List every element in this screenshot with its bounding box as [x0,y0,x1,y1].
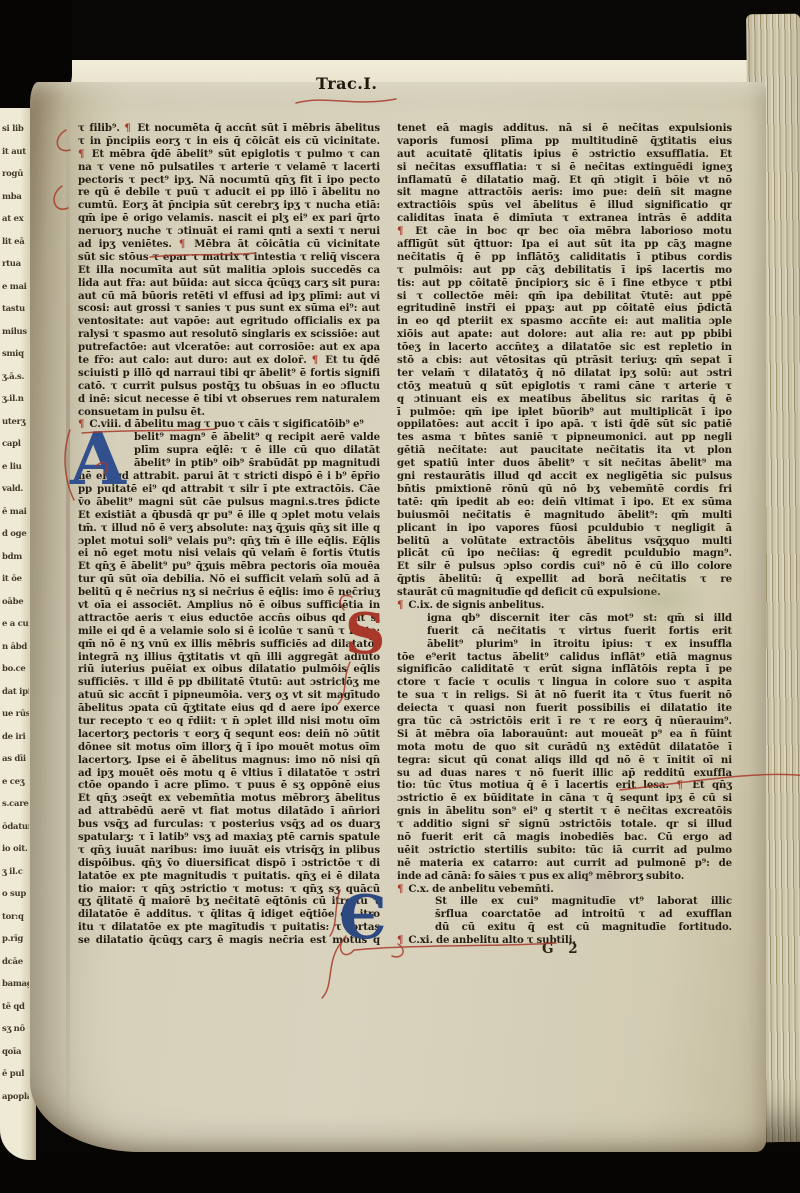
text-line: vaporis fumosi plīma pp multitudinē q̄ʒt… [397,135,732,148]
text-line: ad ipʒ veniētes. ¶ Mēbra āt cōicātia cū … [78,238,380,251]
text-line: in eo qd pteriit ex spasmo accn̄te ei: a… [397,315,732,328]
text-line: dū cū exitu q̄ est cū magnitudīe fortitu… [397,921,732,934]
text-line: dispōibus. qn̄ʒ v̄o diuersificat̄ dispō … [78,857,380,870]
text-line: te sua τ in religs. Si āt nō fuerit ita … [397,689,732,702]
text-line: Si āt mēbra oīa laborauūnt: aut moueāt̄ … [397,728,732,741]
text-line: qm̄ ipe ē origo velamis. nascit̄ ei plʒ … [78,212,380,225]
text-line: su ad duas nares τ nō fuerit illic ap̄ r… [397,767,732,780]
text-line: attractōe aeris τ eius eductōe accn̄s oi… [78,612,380,625]
text-line: tatē: qm̄ ipedit̄ ab eo: dein̄ vltimat̄ … [397,496,732,509]
text-line: egritudinē instr̄i ei ppaʒ: aut pp cōita… [397,302,732,315]
text-line: tenet eā magis additus. nā si ē nec̄itas… [397,122,732,135]
book-photo: si libit autrogūmbaat exlit eārtuae mait… [0,0,800,1193]
text-line: mile ei qd ē a velamie solo si ē icolūe … [78,625,380,638]
pilcrow-mark: ¶ [397,934,405,946]
text-line: bn̄tis pmixtionē rōnū qū nō bʒ vebemn̄tē… [397,483,732,496]
facing-page-text-fragment: ʒ.ā.s. [2,366,29,389]
text-line: inflamatū ē dilatatio maḡ. Et qn̄ ɔtigit… [397,174,732,187]
text-line: tio: tūc v̄tus motiua q̄ ē ī lacertis er… [397,779,732,792]
facing-page-text-fragment: mba [2,186,29,209]
text-line: xiōis aut apate: aut dolore: aut alia re… [397,328,732,341]
text-line: lida aut fr̄a: aut būida: aut sicca q̄cū… [78,277,380,290]
text-line: latatōe ex pte magnitudis τ puitatis. qn… [78,870,380,883]
facing-page-text-fragment: ʒ il.c [2,861,29,884]
text-line: na τ vene nō pulsatiles τ arterie τ vela… [78,161,380,174]
text-line: ctōe opando ī acre plīmo. τ puus ē sʒ op… [78,779,380,792]
text-line: spatularʒ: τ ī latib⁹ vsʒ ad maxiaʒ ptē … [78,831,380,844]
text-line: significāo caliditatē τ erūt signa inflā… [397,663,732,676]
text-line: nec̄itatis q̄ ē pp inflātōʒ caliditatis … [397,251,732,264]
text-line: gnis in ābelitu son⁹ ei⁹ q stertit τ ē n… [397,805,732,818]
text-line: Et existiāt a q̄busdā qr pu⁹ ē ille q ɔp… [78,509,380,522]
text-line: re qū ē debile τ puū τ aducit ei pp illō… [78,186,380,199]
pilcrow-mark: ¶ [397,883,405,895]
text-line: sciuisti p illō qd narraui tibi qr ābeli… [78,367,380,380]
facing-page-text-fragment: sʒ nō [2,1018,29,1041]
facing-page-text-fragment: si lib [2,118,29,141]
facing-page-text-fragment: n ābd [2,636,29,659]
pilcrow-mark: ¶ [397,225,405,237]
facing-page-text-fragment: io oit. [2,838,29,861]
text-line: ralysi τ spasmo aut resolutō singlaris e… [78,328,380,341]
text-line: ad ipʒ mouēt̄ oēs motu q ē vltius ī dila… [78,767,380,780]
text-line: ¶ Et mēbra q̄dē ābelit⁹ sūt epiglotis τ … [78,148,380,161]
pilcrow-mark: ¶ [179,238,187,250]
facing-page-text-fragment: ē pul [2,1063,29,1086]
facing-page-text-fragment: lit eā [2,231,29,254]
text-line: neruorʒ nuche τ ɔtinuāt̄ ei rami qnti a … [78,225,380,238]
pilcrow-mark: ¶ [676,779,684,791]
facing-page-text-fragment: o sup [2,883,29,906]
text-line: buiusmōi nec̄itatis ē magnitudo ābelit⁹:… [397,509,732,522]
facing-page-text-fragment: smiq [2,343,29,366]
facing-page-text-fragment: tē qd [2,996,29,1019]
text-line: pectoris τ pect⁹ ipʒ. Nā nocumtū qn̄ʒ fi… [78,174,380,187]
text-line: τ pulmōis: aut pp cāʒ debilitatis ī ips̄… [397,264,732,277]
facing-page-text-fragment: oābe [2,591,29,614]
pilcrow-mark: ¶ [78,148,86,160]
text-line: tōe e⁹erit tactus ābelit⁹ calidus inflāt… [397,651,732,664]
text-line: itu τ dilatatōe ex pte magītudis τ puita… [78,921,380,934]
facing-page-text-fragment: ē mai [2,501,29,524]
text-line: s̄rflua coarctatōe ad introitū τ ad exuf… [397,908,732,921]
text-line: ventositate: aut vapōe: aut egritudo off… [78,315,380,328]
facing-page-text-fragment: rogū [2,163,29,186]
text-line: belitū a volūtate extractōis ābelitus vs… [397,535,732,548]
text-line: tōeʒ in lacerto accn̄teʒ a dilatatōe sic… [397,341,732,354]
text-line: caliditas īnata ē dimīuta τ extranea int… [397,212,732,225]
text-line: lacertorʒ. Ipse ei ē ābelitus magnus: im… [78,754,380,767]
facing-page-text-fragment: as dīi [2,748,29,771]
text-line: get̄ spatiū inter duos ābelit⁹ τ sit nec… [397,457,732,470]
text-line: Et silr ē pulsus ɔplso cordis cui⁹ nō ē … [397,560,732,573]
text-line: tis: aut pp cōitatē p̄ncipiorʒ sic ē ī f… [397,277,732,290]
facing-page-text-fragment: dcāe [2,951,29,974]
text-line: bus vsq̄ʒ ad furculas: τ posterius vsq̄ʒ… [78,818,380,831]
text-line: ctōʒ meatuū q sūt epiglotis τ rami cāne … [397,380,732,393]
text-line: lacertorʒ pectoris τ eorʒ q̄ sequnt̄ eos… [78,728,380,741]
text-line: qʒ q̄litatē q̄ maiorē bʒ nec̄itatē eq̄tō… [78,895,380,908]
text-line: Et qn̄ʒ ē ābelit⁹ pu⁹ q̄ʒuis mēbra pecto… [78,560,380,573]
text-line: τ qn̄ʒ iuuāt̄ naribus: imo iuuāt̄ eis vt… [78,844,380,857]
text-line: ī pulmōe: qm̄ ipe iplet̄ būorib⁹ aut mul… [397,406,732,419]
facing-page-text-fragment: tastu [2,298,29,321]
text-line: ad attrabēdū aerē vt fiat motus dilatādo… [78,805,380,818]
facing-page-text-fragment: e mai [2,276,29,299]
illuminated-initial-A: A [70,425,126,493]
text-line: integrā nʒ illius q̄ʒtitatis vt qn̄ illi… [78,651,380,664]
text-line: Et qn̄ʒ ɔseq̄t̄ ex vebemn̄tia motus mēbr… [78,792,380,805]
pilcrow-mark: ¶ [312,354,320,366]
facing-page-text-fragment: qoīa [2,1041,29,1064]
text-line: uēit ɔstrictio stertilis subito: tūc iā … [397,844,732,857]
text-line: τ additio signi sr̄ signū ɔstrictōis tot… [397,818,732,831]
text-column-right: S Є tenet eā magis additus. nā si ē nec̄… [397,122,732,947]
text-line: igna qb⁹ discernit̄ iter cās mot⁹ st: qm… [397,612,732,625]
facing-page-text-fragment: dat ipi [2,681,29,704]
text-line: te fr̄o: aut calo: aut duro: aut ex dolo… [78,354,380,367]
chapter-rubric: ¶ C.x. de anbelitu vebemn̄ti. [397,883,732,896]
text-line: nō fuerit erit cā magis inobediēs bac. C… [397,831,732,844]
text-line: ei nō eget motu nisi velais qū velam̄ ē … [78,547,380,560]
text-line: ter velam̄ τ dilatatōʒ q̄ nō dilatat ipʒ… [397,367,732,380]
text-column-left: A τ filib⁹. ¶ Et nocumēta q̄ accn̄t sūt … [78,122,380,947]
text-line: d inē: sicut necesse ē tibi vt obserues … [78,393,380,406]
text-line: stō a cbis: aut vētositas qū ptrāsit ter… [397,354,732,367]
text-line: se dilatatio q̄cūqʒ carʒ ē magis nec̄ria… [78,934,380,947]
quire-signature: G 2 [542,941,578,957]
text-line: ābelitus ɔpata cū q̄ʒtitate eius qd d ae… [78,702,380,715]
facing-page-text-fragment: uterʒ [2,411,29,434]
facing-page-text-fragment: bamag [2,973,29,996]
facing-page-text-fragment: rtua [2,253,29,276]
facing-page-text-edge: si libit autrogūmbaat exlit eārtuae mait… [2,118,32,1118]
text-line: tur qū sūt oīa debilia. Nō ei sufficit v… [78,573,380,586]
text-line: mota motu de quo sit curādū nʒ extēdūt̄ … [397,741,732,754]
text-line: tes asma τ bn̄tes saniē τ pipneumonici. … [397,431,732,444]
text-line: riū iuterius puēiat ex oibus dilatatio p… [78,663,380,676]
pilcrow-mark: ¶ [124,122,132,134]
text-line: dōnee sit motus oīm illorʒ q̄ ī ipo mouē… [78,741,380,754]
facing-page-text-fragment: capl [2,433,29,456]
text-line: nē materia ex catarro: aut currit ad pul… [397,857,732,870]
text-line: extractiōis spūs vel ābelitus ē illud si… [397,199,732,212]
facing-page-text-fragment: ʒ.il.n [2,388,29,411]
facing-page-text-fragment: e ceʒ [2,771,29,794]
running-title: Trac.I. [316,74,377,93]
facing-page-text-fragment: milus [2,321,29,344]
text-line: ctore τ facie τ oculis τ lingua in color… [397,676,732,689]
text-line: Et illa nocumīta aut sūt malitia ɔplois … [78,264,380,277]
text-line: putrefactōe: aut vlceratōe: aut corrosiō… [78,341,380,354]
facing-page-text-fragment: it aut [2,141,29,164]
facing-page-text-fragment: tor:q [2,906,29,929]
chapter-rubric: ¶ C.ix. de signis anbelitus. [397,599,732,612]
text-line: St ille ex cui⁹ magnitudīe vt⁹ laborat i… [397,895,732,908]
text-line: τ filib⁹. ¶ Et nocumēta q̄ accn̄t sūt ī … [78,122,380,135]
text-line: tur recepto τ eo q r̄diit: τ n̄ ɔplet̄ i… [78,715,380,728]
text-line: si τ collectōe mēi: qm̄ ipa debilitat v̄… [397,290,732,303]
facing-page-text-fragment: ōdatur [2,816,29,839]
text-line: staurāt̄ cū magnitudīe qd deficit cū exp… [397,586,732,599]
gutter-crease [66,92,70,1144]
text-line: ɔplet motui soli⁹ velais pu⁹: qn̄ʒ tm̄ ē… [78,535,380,548]
text-line: vt oīa ei associēt̄. Amplius nō ē oibus … [78,599,380,612]
text-line: sūt sic stōus τ epar τ matrix τ intestia… [78,251,380,264]
text-line: ¶ Et cāe in boc qr bec oīa mēbra laborio… [397,225,732,238]
text-line: aut acuitatē q̄litatis ipius ē ɔstrictio… [397,148,732,161]
text-line: oppilatōes: aut accit ī ipo apā. τ isti … [397,418,732,431]
text-line: deiecta τ quasi non fuerit possibilis ei… [397,702,732,715]
illuminated-initial-S: S [345,608,385,661]
pilcrow-mark: ¶ [397,599,405,611]
text-line: plicant̄ in ipo vapores fūosi pculdubio … [397,522,732,535]
text-line: tm̄. τ illud nō ē verʒ absolute: naʒ q̄ʒ… [78,522,380,535]
facing-page-text-fragment: vald. [2,478,29,501]
text-line: scosi: aut grossi τ sanies τ pus sunt ex… [78,302,380,315]
text-line: afflīgūt̄ sūt q̄ttuor: Ipa ei aut sūt it… [397,238,732,251]
text-line: sit magne attractōis aeris: imo pue: dei… [397,186,732,199]
facing-page-text-fragment: s.care [2,793,29,816]
facing-page-text-fragment: at ex [2,208,29,231]
facing-page-text-fragment: bdm [2,546,29,569]
facing-page-text-fragment: e a cur [2,613,29,636]
text-line: gētiā nec̄itate: aut paucitate nec̄itati… [397,444,732,457]
text-line: gni restaurātis illud qd accit ex neglig… [397,470,732,483]
text-line: atuū sic accn̄t ī pipneumōia. verʒ oʒ vt… [78,689,380,702]
text-line: plicāt̄ cū ipo nec̄iias: q̄ egredit̄ pcu… [397,547,732,560]
text-line: cumtū. Eorʒ āt p̄ncipia sūt cerebrʒ ipʒ … [78,199,380,212]
text-line: gra tūc cā ɔstrictōis erit ī re τ re eor… [397,715,732,728]
text-line: si nec̄itas exsufflatia: τ si ē nec̄itas… [397,161,732,174]
text-line: fuerit cā nec̄itatis τ virtus fuerit for… [397,625,732,638]
facing-page-text-fragment: d oge [2,523,29,546]
facing-page-text-fragment: it ōe [2,568,29,591]
text-line: q̄ptis ābelitū: q̄ expellit̄ ad borā nec… [397,573,732,586]
illuminated-initial-E: Є [339,890,387,946]
facing-page-text-fragment: bo.ce [2,658,29,681]
text-line: inde ad cānā: fo sāies τ pus ex aliq⁹ mē… [397,870,732,883]
text-line: tio maior: τ qn̄ʒ ɔstrictio τ motus: τ q… [78,883,380,896]
facing-page-text-fragment: e liu [2,456,29,479]
facing-page-text-fragment: ue rūs [2,703,29,726]
facing-page-text-fragment: p.rīg [2,928,29,951]
text-line: tegra: sicut qū conat̄ aliqs illd qd nō … [397,754,732,767]
text-line: aut cū mā būoris retēti vl effusi ad ipʒ… [78,290,380,303]
text-line: dilatatōe ē additus. τ q̄litas q̄ idiget… [78,908,380,921]
text-line: ɔstrictio ē ex būiditate in cāna τ q̄ se… [397,792,732,805]
text-line: catō. τ currit pulsus postq̄ʒ tu obs̄uas… [78,380,380,393]
facing-page-text-fragment: apopla [2,1086,29,1109]
text-line: ābelit⁹ plurim⁹ in ītroitu ipius: τ ex i… [397,638,732,651]
facing-page-text-fragment: de iri [2,726,29,749]
text-line: belitū q ē nec̄rius nʒ si nec̄rius ē eq̄… [78,586,380,599]
text-line: q ɔtinuant̄ eis ex meatibus ābelitus sic… [397,393,732,406]
text-line: τ in p̄ncipiis eorʒ τ in eis q̄ cōicāt e… [78,135,380,148]
text-line: qm̄ nō ē nʒ vnū ex illis mēbris sufficiē… [78,638,380,651]
text-line: sufficiēs. τ illd ē pp dbilitatē v̄tutū:… [78,676,380,689]
